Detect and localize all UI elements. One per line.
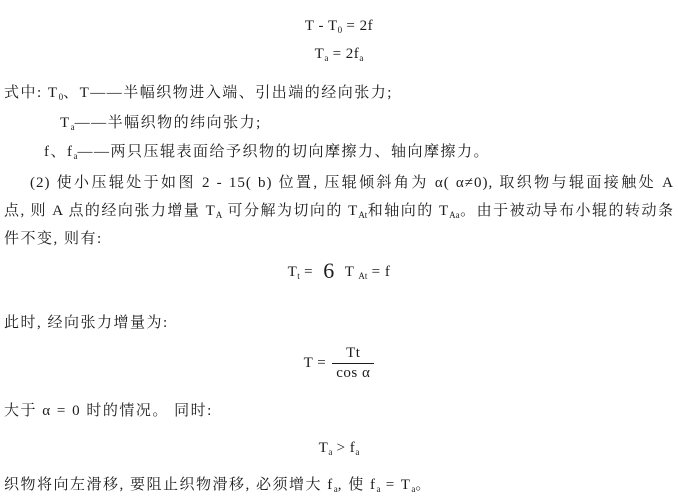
where-clause-line-2: Ta——半幅织物的纬向张力; [60,111,262,132]
fraction-denominator: cos α [332,364,374,382]
where-1-rest: 、T——半幅织物进入端、引出端的经向张力; [63,85,393,101]
equation-3-text-4: = f [367,264,390,280]
where-clause-line-1: 式中: T0、T——半幅织物进入端、引出端的经向张力; [4,81,393,102]
paragraph-5: 织物将向左滑移, 要阻止织物滑移, 必须增大 fa, 使 fa = Ta。 [4,473,432,494]
p2l2-text-1: 点, 则 A 点的经向张力增量 T [4,203,216,219]
where-clause-line-3: f、fa——两只压辊表面给予织物的切向摩擦力、轴向摩擦力。 [44,140,490,161]
equation-4: T = Tt cos α [0,345,678,382]
paragraph-5-text-2: , 使 f [338,477,377,493]
paragraph-5-text-4: 。 [415,477,432,493]
equation-5: Ta > fa [0,440,678,457]
p2l2-text-3: 和轴向的 T [367,203,449,219]
equation-3: Tt = 6 T At = f [0,260,678,282]
paragraph-5-text-1: 织物将向左滑移, 要阻止织物滑移, 必须增大 f [4,477,334,493]
paragraph-2-line-3: 件不变, 则有: [4,227,103,248]
fraction-equation: T = Tt cos α [304,345,375,382]
equation-1: T - T0 = 2f [0,18,678,35]
fraction-numerator: Tt [332,345,374,364]
p2l2-text-2: 可分解为切向的 T [222,203,358,219]
equation-5-subscript-2: a [355,447,359,457]
paragraph-3: 此时, 经向张力增量为: [4,311,169,332]
where-3-rest: ——两只压辊表面给予织物的切向摩擦力、轴向摩擦力。 [78,144,491,160]
equation-1-text: T - T [305,18,338,34]
where-3-text: f、f [44,144,74,160]
paragraph-5-text-3: = T [381,477,412,493]
paragraph-2-line-2: 点, 则 A 点的经向张力增量 TA 可分解为切向的 TAt和轴向的 TAa。由… [4,199,674,220]
equation-2-rest: = 2f [328,46,359,62]
equation-5-text-1: T [319,440,329,456]
equation-2: Ta = 2fa [0,46,678,63]
paragraph-2-line-1: (2) 使小压辊处于如图 2 - 15( b) 位置, 压辊倾斜角为 α( α≠… [4,171,674,192]
equation-3-large-glyph: 6 [317,258,341,283]
fraction: Tt cos α [332,345,374,382]
paragraph-2-line-3-text: 件不变, 则有: [4,231,103,247]
document-page: T - T0 = 2f Ta = 2fa 式中: T0、T——半幅织物进入端、引… [0,0,678,499]
equation-4-lhs: T = [304,355,327,372]
p2l2-text-4: 。由于被动导布小辊的转动条 [460,203,674,219]
equation-3-text-1: T [288,264,298,280]
equation-1-rest: = 2f [342,18,373,34]
paragraph-3-text: 此时, 经向张力增量为: [4,315,169,331]
where-2-rest: ——半幅织物的纬向张力; [75,115,262,131]
paragraph-2-line-1-text: (2) 使小压辊处于如图 2 - 15( b) 位置, 压辊倾斜角为 α( α≠… [30,175,674,191]
p2l2-subscript-3: Aa [449,210,460,220]
where-2-text: T [60,115,71,131]
equation-3-text-3: T [341,264,359,280]
equation-5-text-2: > f [332,440,355,456]
equation-3-text-2: = [300,264,317,280]
equation-2-text: T [315,46,325,62]
where-1-text: 式中: T [4,85,59,101]
equation-2-subscript-2: a [359,53,363,63]
paragraph-4-text: 大于 α = 0 时的情况。 同时: [4,403,213,419]
p2l2-subscript-2: At [358,210,367,220]
paragraph-4: 大于 α = 0 时的情况。 同时: [4,399,213,420]
